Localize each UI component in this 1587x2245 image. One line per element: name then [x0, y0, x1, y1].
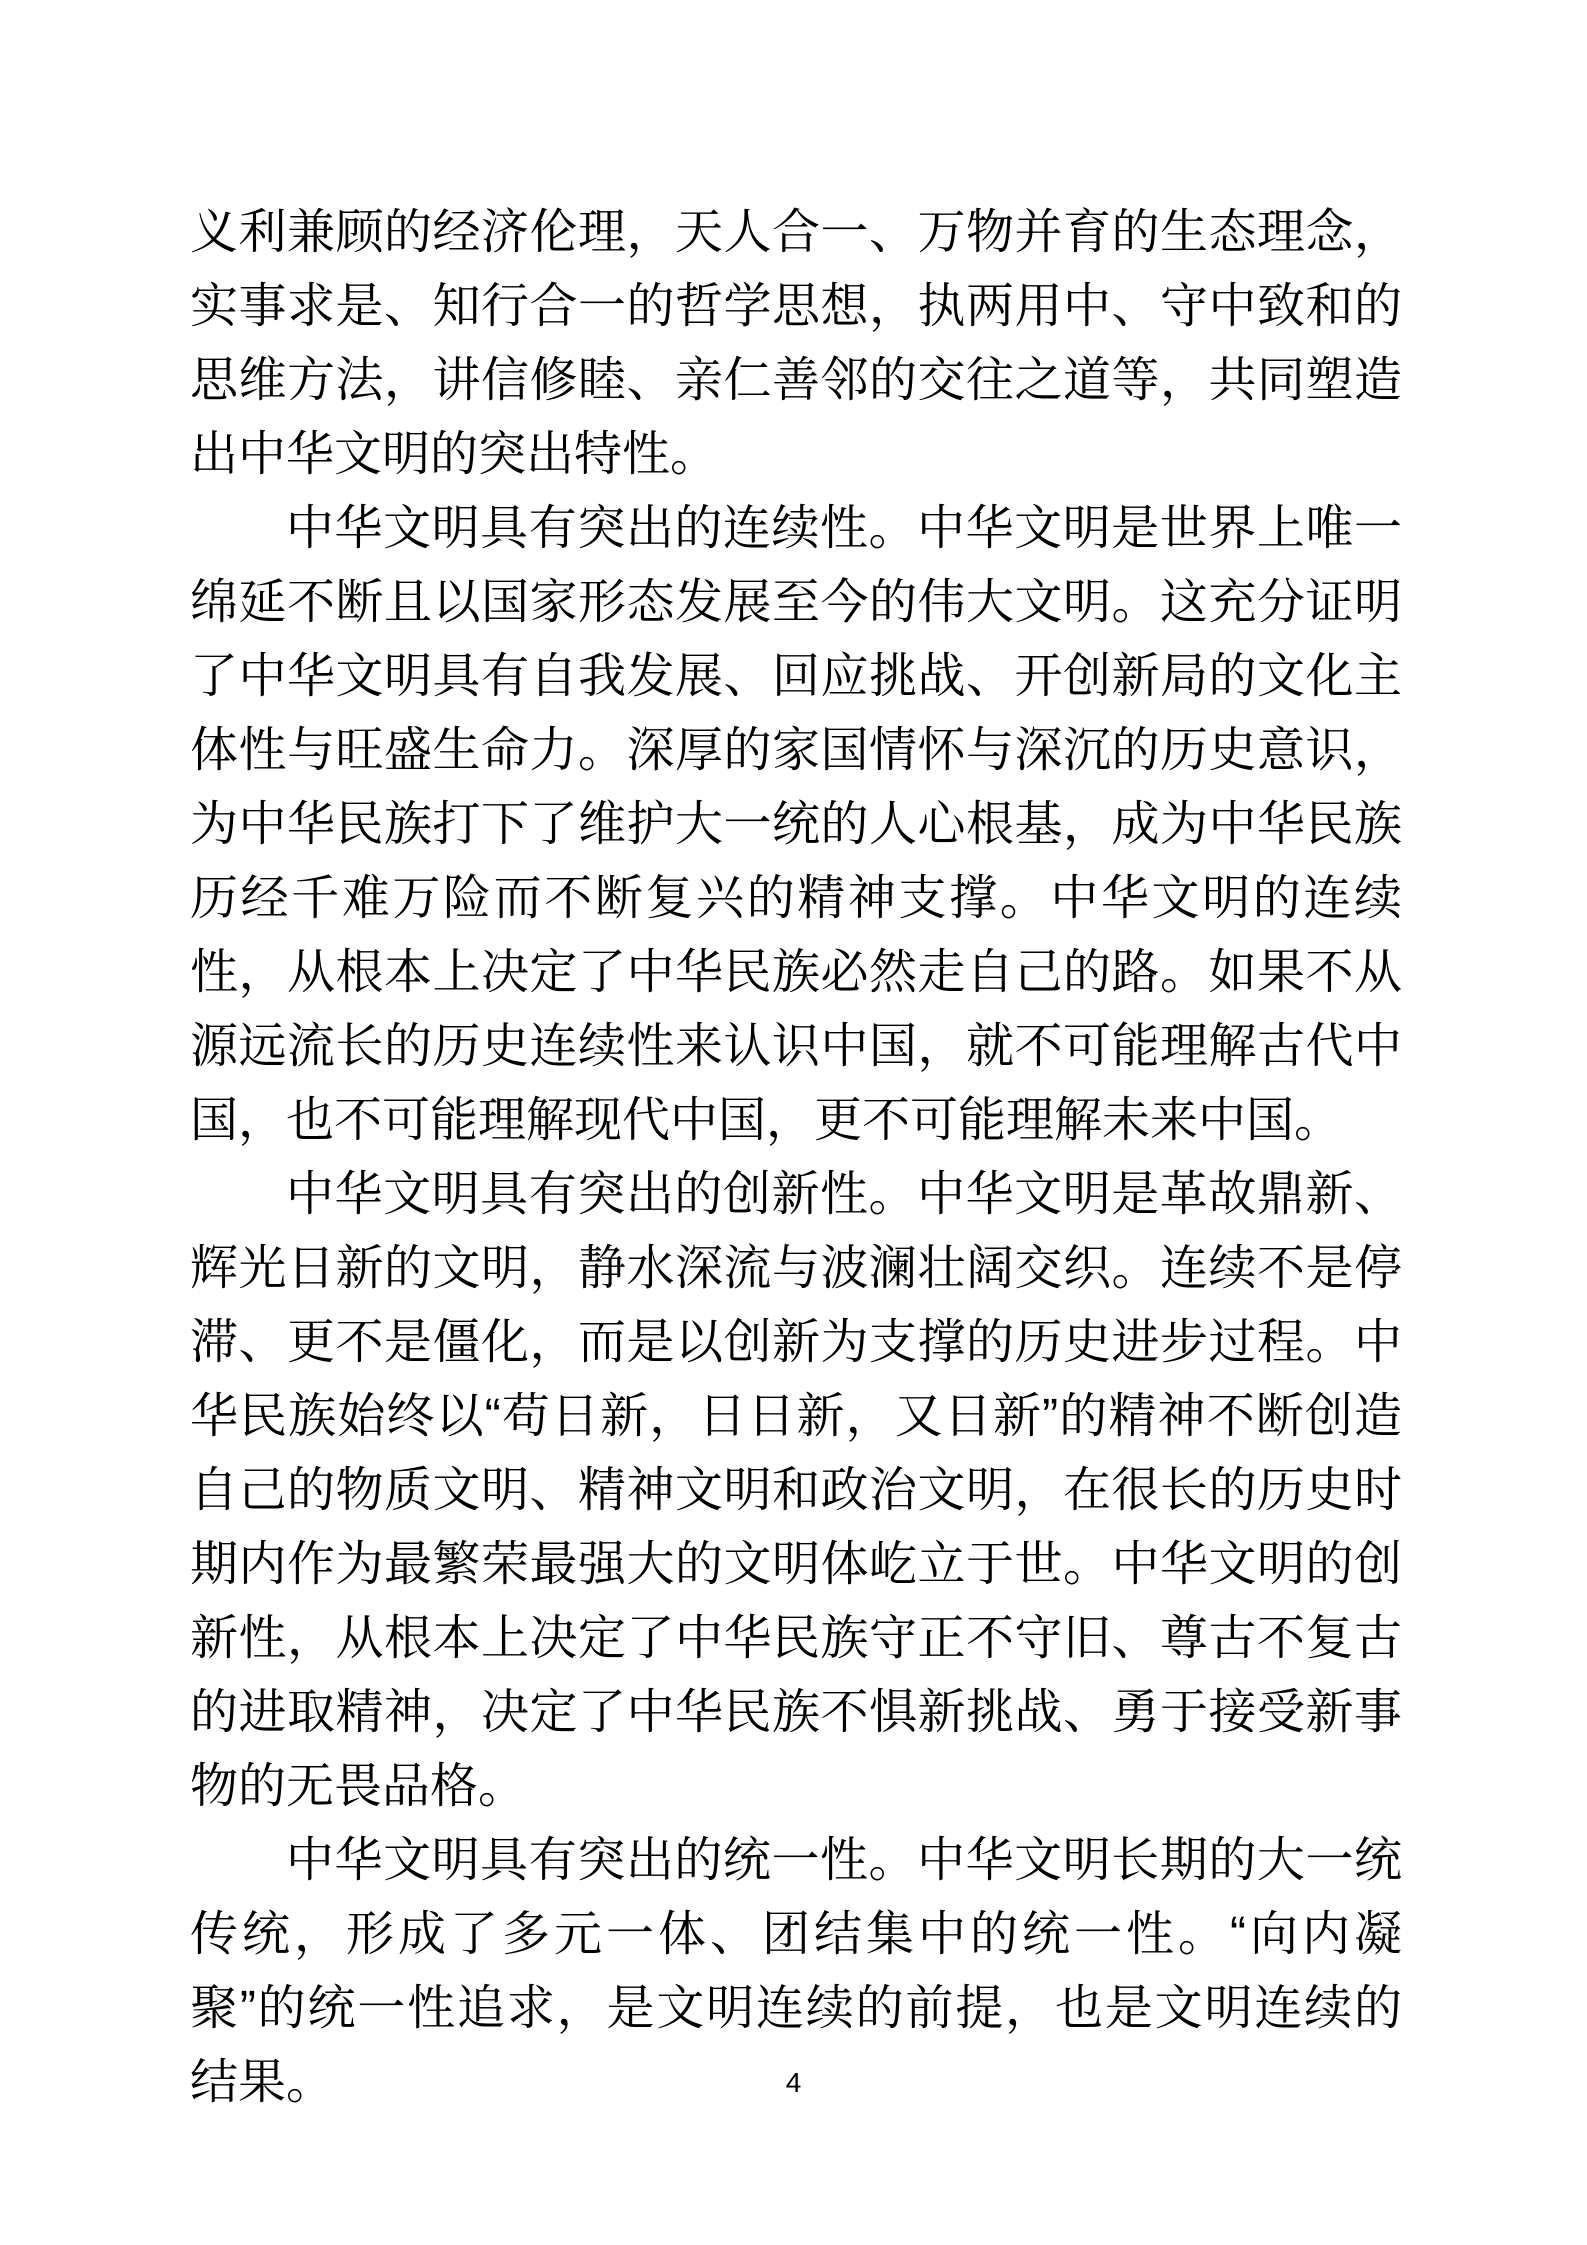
- document-body: 义利兼顾的经济伦理，天人合一、万物并育的生态理念，实事求是、知行合一的哲学思想，…: [190, 196, 1402, 2120]
- page-number: 4: [0, 2066, 1587, 2100]
- paragraph-innovation: 中华文明具有突出的创新性。中华文明是革故鼎新、辉光日新的文明，静水深流与波澜壮阔…: [190, 1158, 1402, 1824]
- paragraph-continuity: 中华文明具有突出的连续性。中华文明是世界上唯一绵延不断且以国家形态发展至今的伟大…: [190, 492, 1402, 1158]
- document-page: 义利兼顾的经济伦理，天人合一、万物并育的生态理念，实事求是、知行合一的哲学思想，…: [0, 0, 1587, 2245]
- paragraph-continuation: 义利兼顾的经济伦理，天人合一、万物并育的生态理念，实事求是、知行合一的哲学思想，…: [190, 196, 1402, 492]
